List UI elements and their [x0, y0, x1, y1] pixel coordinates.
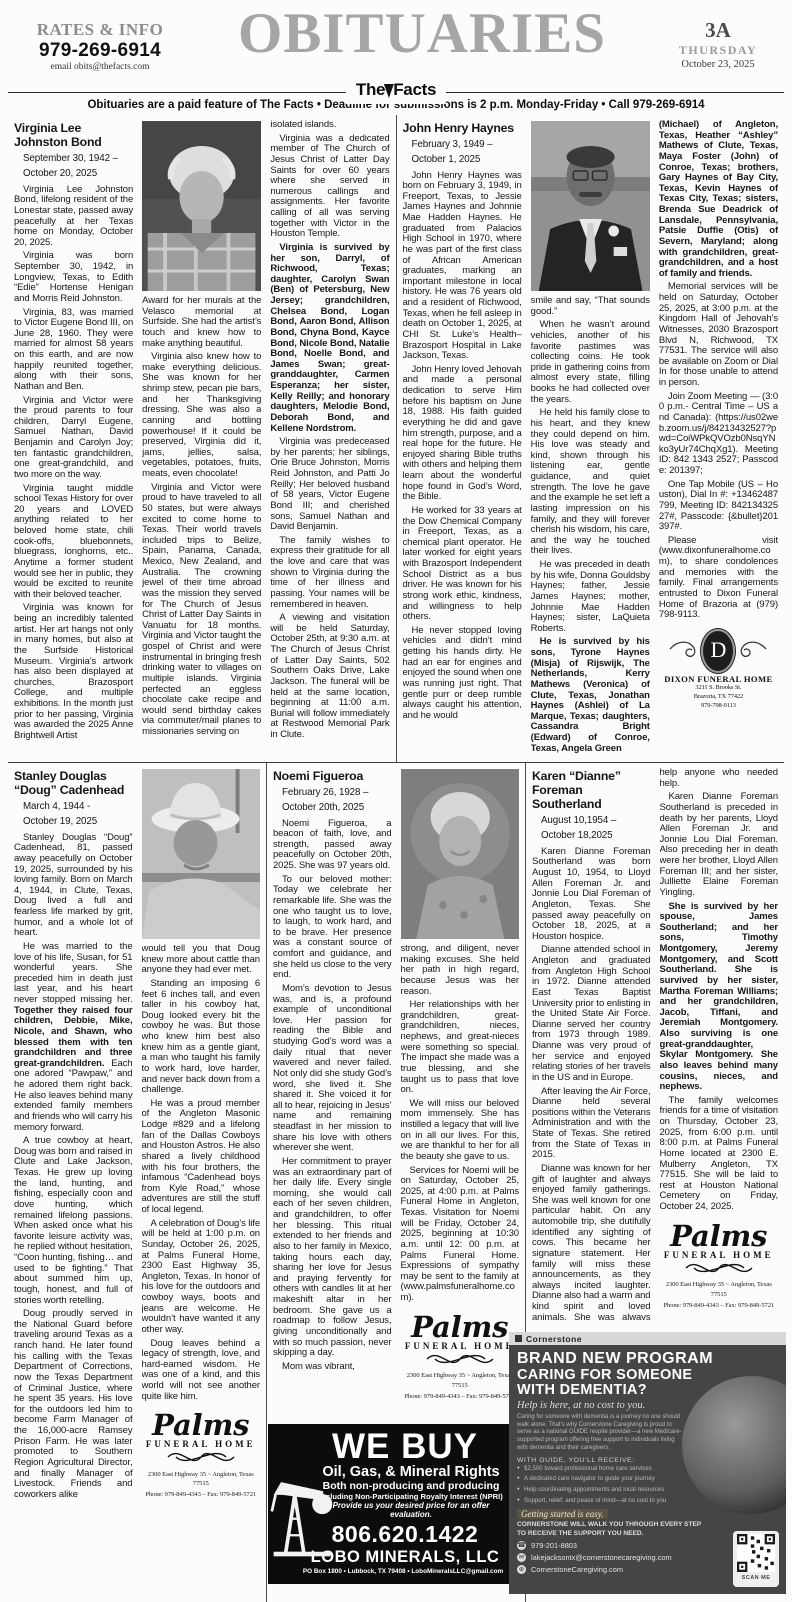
palms-funeral-home-logo: PalmsFUNERAL HOME2300 East Highway 35 ~ …	[142, 1411, 261, 1499]
obituary-paragraph: Noemi Figueroa, a beacon of faith, love,…	[273, 819, 392, 872]
obituary-column: Award for her murals at the Velasco memo…	[142, 120, 261, 762]
dixon-address-1: 3211 S. Brooks St.	[659, 684, 778, 693]
page-title: OBITUARIES	[190, 4, 654, 64]
palms-logo-subtitle: FUNERAL HOME	[142, 1439, 261, 1449]
email-icon: ✉	[517, 1553, 526, 1562]
obituary-paragraph: He never stopped loving vehicles and did…	[403, 626, 522, 722]
weekday: THURSDAY	[654, 43, 782, 58]
obituary-column: isolated islands.Virginia was a dedicate…	[270, 120, 389, 762]
portrait-photo-john	[531, 121, 650, 291]
ad-walk-text: CORNERSTONE WILL WALK YOU THROUGH EVERY …	[517, 1521, 705, 1538]
obituary-paragraph: Award for her murals at the Velasco memo…	[142, 296, 261, 349]
ad-contact-website: CornerstoneCaregiving.com	[531, 1565, 623, 1574]
obituary-column: strong, and diligent, never making excus…	[401, 768, 520, 1413]
obituary-paragraph: After leaving the Air Force, Dianne held…	[532, 1087, 651, 1161]
obituary-paragraph: Mom was vibrant,	[273, 1362, 392, 1373]
obituary-column: smile and say, “That sounds good.”When h…	[531, 120, 650, 762]
page-number: 3A	[654, 18, 782, 43]
obituary-paragraph: Virginia and Victor were proud to have t…	[142, 483, 261, 738]
globe-icon: ⊕	[517, 1565, 526, 1574]
palms-funeral-home-logo: PalmsFUNERAL HOME2300 East Highway 35 ~ …	[401, 1313, 520, 1401]
obituary-paragraph: The family wishes to express their grati…	[270, 536, 389, 610]
obituary-paragraph: Virginia and Victor were the proud paren…	[14, 396, 133, 481]
obituary-paragraph: (Michael) of Angleton, Texas, Heather “A…	[659, 120, 778, 279]
rates-email: email obits@thefacts.com	[10, 62, 190, 72]
palms-logo-subtitle: FUNERAL HOME	[660, 1250, 779, 1260]
obituary-column: Karen “Dianne”Foreman SoutherlandAugust …	[532, 768, 651, 1320]
benefit-item: A dedicated care navigator to guide your…	[517, 1475, 674, 1483]
obituary-name: John Henry Haynes	[403, 121, 522, 135]
dixon-flourish-icon	[669, 637, 699, 665]
cornerstone-logo-icon	[515, 1335, 522, 1342]
dixon-phone: 979-798-9113	[659, 702, 778, 711]
palms-phone: Phone: 979-849-4343 – Fax: 979-849-5721	[142, 1490, 261, 1499]
ad-kicker: BRAND NEW PROGRAM	[517, 1350, 778, 1368]
obituary-paragraph: help anyone who needed help.	[660, 768, 779, 789]
obituary-paragraph: When he wasn’t around vehicles, another …	[531, 320, 650, 405]
obituary-column: Noemi FigueroaFebruary 26, 1928 –October…	[273, 768, 392, 1413]
obituary-paragraph: Dianne attended school in Angleton and g…	[532, 945, 651, 1083]
ad-getting-started: Getting started is easy.	[517, 1509, 608, 1519]
palms-address: 2300 East Highway 35 ~ Angleton, Texas 7…	[142, 1470, 261, 1488]
obituary-paragraph: Virginia also knew how to make everythin…	[142, 352, 261, 480]
palms-logo-subtitle: FUNERAL HOME	[401, 1341, 520, 1351]
obituary-john-henry-haynes: John Henry HaynesFebruary 3, 1949 –Octob…	[396, 115, 785, 762]
benefit-item: Help coordinating appointments and local…	[517, 1486, 674, 1494]
dixon-monogram: D	[701, 629, 735, 673]
newspaper-page: RATES & INFO 979-269-6914 email obits@th…	[0, 0, 792, 1602]
ad-headline-2: WITH DEMENTIA?	[517, 1383, 778, 1398]
rates-info-block: RATES & INFO 979-269-6914 email obits@th…	[10, 4, 190, 90]
obituary-paragraph: Virginia was predeceased by her parents;…	[270, 437, 389, 533]
dixon-emblem: D	[659, 629, 778, 673]
ad-subhead: Help is here, at no cost to you.	[517, 1400, 778, 1411]
obituary-paragraph: A viewing and visitation will be held Sa…	[270, 613, 389, 741]
ad-cornerstone-caregiving: Cornerstone BRAND NEW PROGRAM CARING FOR…	[509, 1332, 786, 1594]
obituary-paragraph: Memorial services will be held on Saturd…	[659, 282, 778, 388]
obituary-paragraph: Virginia Lee Johnston Bond, lifelong res…	[14, 185, 133, 249]
palms-address: 2300 East Highway 35 ~ Angleton, Texas 7…	[401, 1371, 520, 1389]
obituary-paragraph: strong, and diligent, never making excus…	[401, 944, 520, 997]
dixon-flourish-icon	[737, 637, 767, 665]
portrait-photo-virginia	[142, 121, 261, 291]
obituary-paragraph: He was married to the love of his life, …	[14, 942, 133, 1133]
obituary-paragraph: Virginia is survived by her son, Darryl,…	[270, 243, 389, 434]
obituary-name: Karen “Dianne”Foreman Southerland	[532, 769, 651, 811]
pump-jack-icon	[270, 1450, 336, 1565]
obituary-paragraph: A celebration of Doug’s life will be hel…	[142, 1219, 261, 1336]
obituary-paragraph: Virginia was a dedicated member of The C…	[270, 134, 389, 240]
issue-date: October 23, 2025	[654, 59, 782, 70]
ad-benefits-list: $2,500 toward professional home care ser…	[517, 1465, 674, 1504]
obituary-paragraph: isolated islands.	[270, 120, 389, 131]
obituary-paragraph: John Henry loved Jehovah and made a pers…	[403, 365, 522, 503]
obituary-column: Stanley Douglas“Doug” CadenheadMarch 4, …	[14, 768, 133, 1602]
ad-we-buy-minerals: WE BUY Oil, Gas, & Mineral Rights Both n…	[268, 1424, 512, 1584]
obituary-paragraph: Join Zoom Meeting — (3:00 p.m.- Central …	[659, 392, 778, 477]
obituary-paragraph: He held his family close to his heart, a…	[531, 408, 650, 557]
obituary-dates: February 3, 1949 –October 1, 2025	[412, 138, 522, 167]
palms-flourish-icon	[142, 1449, 261, 1468]
page-header: RATES & INFO 979-269-6914 email obits@th…	[0, 0, 792, 90]
phone-icon: ☎	[517, 1541, 526, 1550]
palms-flourish-icon	[660, 1260, 779, 1279]
obituary-section-top: Virginia LeeJohnston BondSeptember 30, 1…	[8, 115, 784, 763]
obituary-paragraph: Services for Noemi will be on Saturday, …	[401, 1166, 520, 1304]
portrait-photo-doug	[142, 769, 261, 939]
obituary-paragraph: He was a proud member of the Angleton Ma…	[142, 1099, 261, 1216]
obituary-paragraph: Virginia was known for being an incredib…	[14, 603, 133, 741]
obituary-paragraph: Virginia, 83, was married to Victor Euge…	[14, 308, 133, 393]
palms-address: 2300 East Highway 35 ~ Angleton, Texas 7…	[660, 1280, 779, 1298]
benefit-item: Support, relief, and peace of mind—at no…	[517, 1497, 674, 1505]
obituary-column: Virginia LeeJohnston BondSeptember 30, 1…	[14, 120, 133, 762]
obituary-paragraph: Doug proudly served in the National Guar…	[14, 1309, 133, 1500]
obituary-paragraph: Virginia taught middle school Texas Hist…	[14, 484, 133, 601]
obituary-paragraph: A true cowboy at heart, Doug was born an…	[14, 1136, 133, 1306]
rates-phone: 979-269-6914	[10, 40, 190, 62]
obituary-paragraph: Virginia was born September 30, 1942, in…	[14, 251, 133, 304]
ad-contact-email: lakejacksontx@cornerstonecaregiving.com	[531, 1553, 672, 1562]
header-rule: TheFacts	[8, 92, 784, 93]
dixon-funeral-home-logo: DDIXON FUNERAL HOME3211 S. Brooks St.Bra…	[659, 629, 778, 712]
obituary-paragraph: Standing an imposing 6 feet 6 inches tal…	[142, 979, 261, 1096]
obituary-column: help anyone who needed help.Karen Dianne…	[660, 768, 779, 1320]
qr-label: SCAN ME	[733, 1575, 779, 1581]
obituary-paragraph: Karen Dianne Foreman Southerland is prec…	[660, 792, 779, 898]
obituary-paragraph: She is survived by her spouse, James Sou…	[660, 902, 779, 1093]
obituary-paragraph: To our beloved mother: Today we celebrat…	[273, 875, 392, 981]
obituary-name: Stanley Douglas“Doug” Cadenhead	[14, 769, 133, 797]
palms-logo-script: Palms	[401, 1313, 520, 1342]
ad-receive-label: WITH GUIDE, YOU'LL RECEIVE:	[517, 1457, 778, 1464]
folio-block: 3A THURSDAY October 23, 2025	[654, 4, 782, 90]
dixon-address-2: Brazoria, TX 77422	[659, 693, 778, 702]
obituary-paragraph: One Tap Mobile (US – Houston), Dial In #…	[659, 480, 778, 533]
obituary-paragraph: Dianne was known for her gift of laughte…	[532, 1164, 651, 1320]
obituary-name: Virginia LeeJohnston Bond	[14, 121, 133, 149]
palms-funeral-home-logo: PalmsFUNERAL HOME2300 East Highway 35 ~ …	[660, 1222, 779, 1310]
obituary-paragraph: Doug leaves behind a legacy of strength,…	[142, 1339, 261, 1403]
obituary-column: John Henry HaynesFebruary 3, 1949 –Octob…	[403, 120, 522, 762]
cornerstone-brand-bar: Cornerstone	[509, 1332, 786, 1345]
obituary-paragraph: John Henry Haynes was born on February 3…	[403, 171, 522, 362]
obituary-dates: March 4, 1944 -October 19, 2025	[23, 800, 133, 829]
obituary-name: Noemi Figueroa	[273, 769, 392, 783]
obituary-paragraph: He was preceded in death by his wife, Do…	[531, 560, 650, 634]
obituary-paragraph: We will miss our beloved mom immensely. …	[401, 1099, 520, 1163]
ad-contact-phone: 979-201-8803	[531, 1541, 577, 1550]
rates-info-label: RATES & INFO	[10, 20, 190, 40]
palms-flourish-icon	[401, 1351, 520, 1370]
obituary-virginia-lee-johnston-bond: Virginia LeeJohnston BondSeptember 30, 1…	[8, 115, 396, 762]
obituary-paragraph: He is survived by his sons, Tyrone Hayne…	[531, 637, 650, 754]
benefit-item: $2,500 toward professional home care ser…	[517, 1465, 674, 1473]
palms-logo-script: Palms	[660, 1222, 779, 1251]
cornerstone-brand-name: Cornerstone	[526, 1334, 582, 1344]
obituary-paragraph: Karen Dianne Foreman Southerland was bor…	[532, 847, 651, 943]
dixon-name: DIXON FUNERAL HOME	[659, 675, 778, 685]
obituary-paragraph: The family welcomes friends for a time o…	[660, 1096, 779, 1213]
palms-phone: Phone: 979-849-4343 – Fax: 979-849-5721	[401, 1392, 520, 1401]
obituary-paragraph: Her relationships with her grandchildren…	[401, 1000, 520, 1096]
palms-logo-script: Palms	[142, 1411, 261, 1440]
ad-address: PO Box 1800 • Lubbock, TX 79408 • LoboMi…	[272, 1568, 508, 1575]
ad-headline-1: CARING FOR SOMEONE	[517, 1368, 778, 1383]
palms-phone: Phone: 979-849-4343 – Fax: 979-849-5721	[660, 1301, 779, 1310]
portrait-photo-noemi	[401, 769, 520, 939]
obituary-paragraph: would tell you that Doug knew more about…	[142, 944, 261, 976]
brand-the: The	[356, 80, 385, 99]
obituary-paragraph: smile and say, “That sounds good.”	[531, 296, 650, 317]
obituary-paragraph: Mom’s devotion to Jesus was, and is, a p…	[273, 984, 392, 1154]
obituary-paragraph: Her commitment to prayer was an extraord…	[273, 1157, 392, 1359]
the-facts-logo: TheFacts	[346, 80, 446, 104]
obituary-dates: September 30, 1942 –October 20, 2025	[23, 152, 133, 181]
qr-code: SCAN ME	[733, 1531, 779, 1587]
obituary-dates: February 26, 1928 –October 20th, 2025	[282, 786, 392, 815]
obituary-paragraph: Please visit (www.dixonfuneralhome.com),…	[659, 536, 778, 621]
obituary-column: (Michael) of Angleton, Texas, Heather “A…	[659, 120, 778, 762]
obituary-paragraph: He worked for 33 years at the Dow Chemic…	[403, 506, 522, 623]
obituary-dates: August 10,1954 –October 18,2025	[541, 814, 651, 843]
masthead-block: OBITUARIES	[190, 4, 654, 90]
brand-facts: Facts	[393, 80, 436, 99]
obituary-stanley-douglas-doug-cadenhead: Stanley Douglas“Doug” CadenheadMarch 4, …	[8, 763, 266, 1602]
obituary-paragraph: Stanley Douglas “Doug” Cadenhead, 81, pa…	[14, 833, 133, 939]
obituary-column: would tell you that Doug knew more about…	[142, 768, 261, 1602]
ad-body-text: Caring for someone with dementia is a jo…	[517, 1414, 684, 1453]
